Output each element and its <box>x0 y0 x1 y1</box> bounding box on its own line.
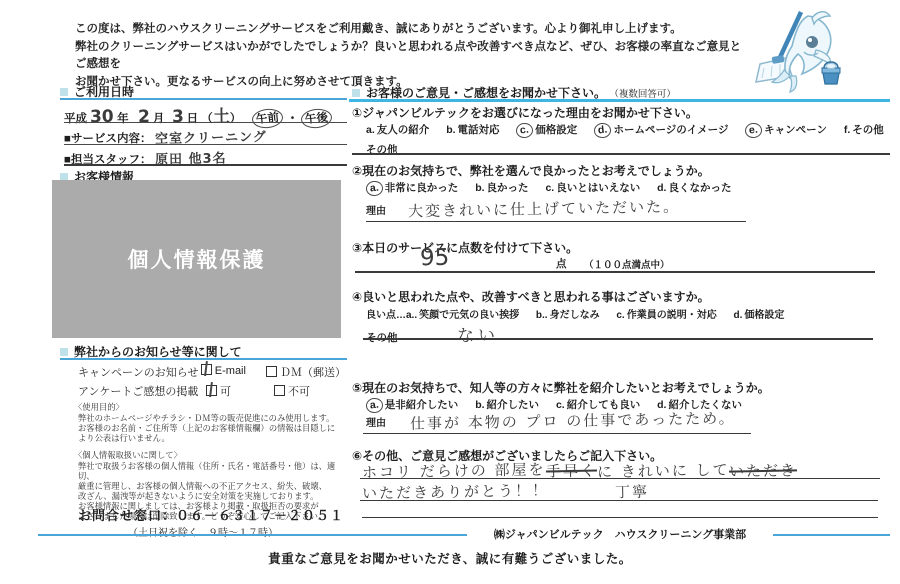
privacy-handling-title: 〈個人情報取扱いに関して〉 <box>74 450 350 460</box>
option-e-circled: e. <box>745 122 763 139</box>
question-6-answer-line-1 <box>360 478 880 479</box>
publish-consent-label: アンケートご感想の掲載 <box>78 383 206 399</box>
question-6-line-2: いただきありがとう！！ 丁寧 <box>362 481 649 502</box>
intro-line-1: この度は、弊社のハウスクリーニングサービスをご利用戴き、誠にありがとうございます… <box>75 21 747 39</box>
contact-label: お問合せ窓口： <box>78 508 176 523</box>
allow-checkbox-checked <box>206 385 217 396</box>
campaign-notice-label: キャンペーンのお知らせ <box>78 364 201 380</box>
question-2-reason-handwritten: 大変きれいに仕上げていただいた。 <box>408 196 680 222</box>
option-d-circled: d. <box>593 122 612 139</box>
question-2-label: ②現在のお気持ちで、弊社を選んで良かったとお考えでしょうか。 <box>352 162 710 179</box>
campaign-notice-row: キャンペーンのお知らせ E-mail ＤＭ（郵送） <box>78 364 346 380</box>
purpose-line: より公表は行いません。 <box>78 433 350 443</box>
question-3-unit: 点 <box>556 256 567 271</box>
question-3-score-handwritten: 95 <box>420 245 450 272</box>
dolphin-with-broom-icon <box>746 6 846 94</box>
am-pm-separator: ・ <box>287 113 299 125</box>
question-1-options: a.友人の紹介 b.電話対応 c.価格設定 d.ホームページのイメージ e.キャ… <box>366 122 898 138</box>
year-handwritten: 30 <box>90 107 114 127</box>
section-notice-title: 弊社からのお知らせ等に関して <box>74 345 242 359</box>
privacy-line: 弊社で取扱うお客様の個人情報（住所・氏名・電話番号・他）は、適切、 <box>78 461 350 481</box>
intro-line-2: 弊社のクリーニングサービスはいかがでしたでしょうか？良いと思われる点や改善すべき… <box>75 39 747 74</box>
reason-label: 理由 <box>366 206 386 217</box>
privacy-redaction-text: 個人情報保護 <box>128 244 266 274</box>
deny-option: 不可 <box>274 383 310 399</box>
email-option: E-mail <box>201 364 266 380</box>
usage-row-divider-2 <box>64 144 347 145</box>
section-square-icon <box>60 348 68 356</box>
month-handwritten: 2 <box>138 107 150 127</box>
day-handwritten: 3 <box>171 107 183 127</box>
company-name: ㈱ジャパンビルテック ハウスクリーニング事業部 <box>467 526 773 542</box>
reason-label: 理由 <box>366 418 386 429</box>
month-unit: 月 <box>153 113 165 125</box>
question-2-reason-row: 理由 大変きれいに仕上げていただいた。 <box>366 198 680 219</box>
question-4-rule <box>363 338 873 340</box>
era-label: 平成 <box>64 113 87 125</box>
publish-consent-row: アンケートご感想の掲載 可 不可 <box>78 383 346 399</box>
purpose-line: お客様のお名前・ご住所等（上記のお客様情報欄）の情報は目隠しに <box>78 423 350 433</box>
question-3-label: ③本日のサービスに点数を付けて下さい。 <box>352 239 578 256</box>
intro-paragraph: この度は、弊社のハウスクリーニングサービスをご利用戴き、誠にありがとうございます… <box>75 21 747 91</box>
question-5-reason-row: 理由 仕事が 本物の プロ の仕事であったため。 <box>366 410 736 431</box>
section-square-icon <box>352 89 360 97</box>
feedback-section-title: お客様のご意見・ご感想をお聞かせ下さい。 <box>366 86 606 100</box>
option-a-circled: a. <box>365 180 383 197</box>
question-1-rule <box>352 153 890 155</box>
question-1-label: ①ジャパンビルテックをお選びになった理由をお聞かせ下さい。 <box>352 104 698 121</box>
usage-row-divider-1 <box>64 122 347 123</box>
question-2-answer-line <box>366 221 746 222</box>
question-3-note: （１００点満点中） <box>584 257 670 271</box>
weekday-handwritten: 土 <box>213 102 230 127</box>
usage-date-row: 平成 30 年 2 月 3 日 （土） 午前 ・ 午後 <box>64 102 347 128</box>
question-4-other-handwritten: ない <box>457 321 499 347</box>
question-5-label: ⑤現在のお気持ちで、知人等の方々に弊社を紹介したいとお考えでしょうか。 <box>352 379 770 396</box>
usage-purpose-fineprint: 〈使用目的〉 弊社のホームページやチラシ・ＤＭ等の販売促進にのみ使用します。 お… <box>78 402 350 443</box>
privacy-redaction-box: 個人情報保護 <box>52 180 341 338</box>
question-6-answer-line-3 <box>362 517 878 518</box>
contact-phone-row: お問合せ窓口：０６－６３１７－２０５１ <box>78 505 344 524</box>
question-4-other-row: その他 ない <box>366 321 499 346</box>
question-1-other-label: その他 <box>366 142 398 157</box>
question-6-answer-line-2 <box>360 500 878 501</box>
question-4-options: 良い点…a..笑顔で元気の良い挨拶 b..身だしなみ c.作業員の説明・対応 d… <box>366 306 798 321</box>
survey-scan-page: この度は、弊社のハウスクリーニングサービスをご利用戴き、誠にありがとうございます… <box>0 0 900 584</box>
contact-hours: （土日祝を除く ９時～１７時） <box>128 524 278 539</box>
option-c-circled: c. <box>516 122 534 139</box>
usage-purpose-title: 〈使用目的〉 <box>74 402 350 412</box>
thank-you-message: 貴重なご意見をお聞かせいただき、誠に有難うございました。 <box>0 549 900 567</box>
section-square-icon <box>60 88 68 96</box>
section-usage-title: ご利用日時 <box>74 85 134 99</box>
usage-bottom-rule <box>64 164 347 166</box>
contact-phone-number: ０６－６３１７－２０５１ <box>176 508 344 523</box>
feedback-header-underline <box>349 99 890 102</box>
dolphin-mascot-illustration <box>746 6 846 99</box>
dm-checkbox-unchecked <box>266 366 277 377</box>
question-4-label: ④良いと思われた点や、改善すべきと思われる事はございますか。 <box>352 288 710 305</box>
question-5-answer-line <box>363 433 751 434</box>
question-2-options: a.非常に良かった b.良かった c.良いとはいえない d.良くなかった <box>366 180 745 196</box>
usage-header-underline <box>60 98 347 100</box>
deny-checkbox-unchecked <box>274 385 285 396</box>
privacy-line: 厳重に管理し、お客様の個人情報への不正アクセス、紛失、破壊、 <box>78 481 350 491</box>
privacy-line: 改ざん、漏洩等が起きないように安全対策を実施しております。 <box>78 491 350 501</box>
purpose-line: 弊社のホームページやチラシ・ＤＭ等の販売促進にのみ使用します。 <box>78 413 350 423</box>
paren-open: （ <box>201 113 213 125</box>
year-unit: 年 <box>117 113 129 125</box>
email-checkbox-checked <box>201 364 212 375</box>
allow-option: 可 <box>206 383 274 399</box>
paren-close: ） <box>230 113 242 125</box>
question-3-answer-line <box>355 271 875 273</box>
question-5-reason-handwritten: 仕事が 本物の プロ の仕事であったため。 <box>410 407 736 434</box>
dm-option: ＤＭ（郵送） <box>266 364 346 380</box>
notice-header-underline <box>60 358 347 360</box>
day-unit: 日 <box>187 113 199 125</box>
